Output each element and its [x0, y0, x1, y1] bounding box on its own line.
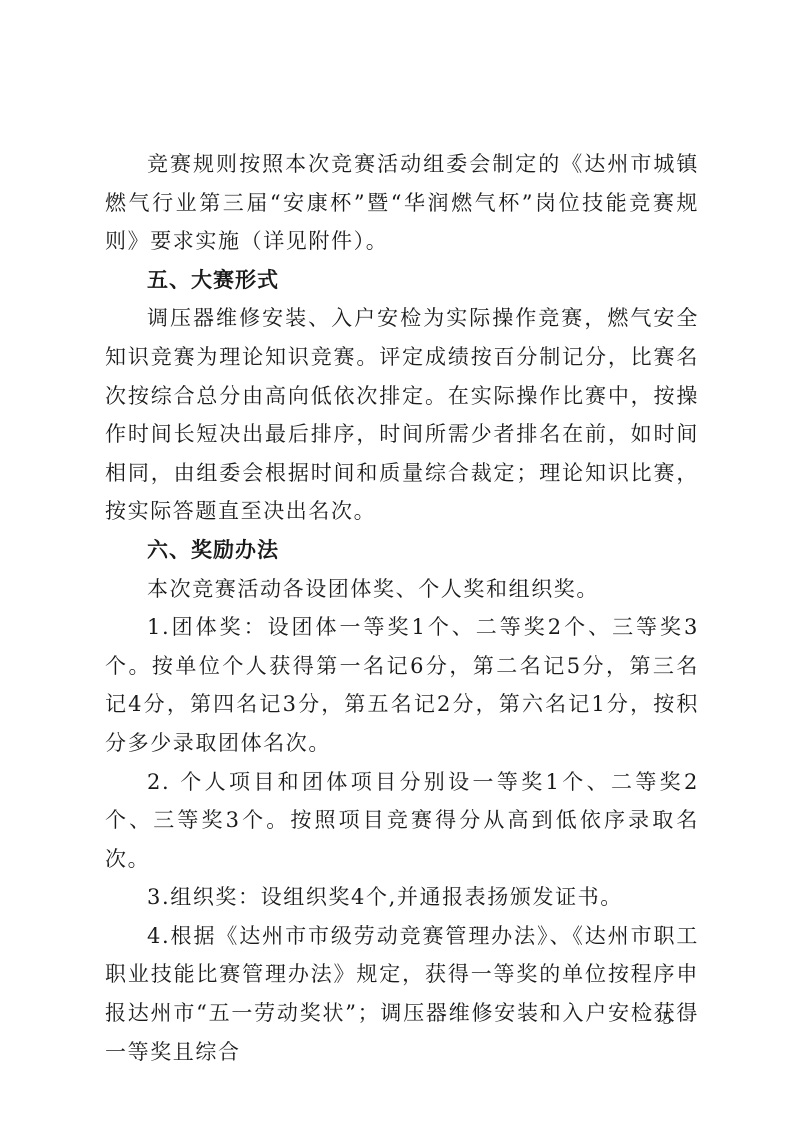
- page-number: - 5 -: [646, 1008, 691, 1029]
- paragraph-organization-award: 3.组织奖：设组织奖4个,并通报表扬颁发证书。: [105, 878, 699, 917]
- document-page: 竞赛规则按照本次竞赛活动组委会制定的《达州市城镇燃气行业第三届“安康杯”暨“华润…: [105, 145, 699, 1071]
- paragraph-format: 调压器维修安装、入户安检为实际操作竞赛，燃气安全知识竞赛为理论知识竞赛。评定成绩…: [105, 299, 699, 531]
- paragraph-awards-intro: 本次竞赛活动各设团体奖、个人奖和组织奖。: [105, 570, 699, 609]
- paragraph-rules: 竞赛规则按照本次竞赛活动组委会制定的《达州市城镇燃气行业第三届“安康杯”暨“华润…: [105, 145, 699, 261]
- paragraph-team-award: 1.团体奖：设团体一等奖1个、二等奖2个、三等奖3个。按单位个人获得第一名记6分…: [105, 608, 699, 762]
- heading-awards: 六、奖励办法: [105, 531, 699, 570]
- heading-competition-format: 五、大赛形式: [105, 261, 699, 300]
- paragraph-labor-award: 4.根据《达州市市级劳动竞赛管理办法》、《达州市职工职业技能比赛管理办法》规定，…: [105, 917, 699, 1071]
- paragraph-individual-award: 2. 个人项目和团体项目分别设一等奖1个、二等奖2个、三等奖3个。按照项目竞赛得…: [105, 763, 699, 879]
